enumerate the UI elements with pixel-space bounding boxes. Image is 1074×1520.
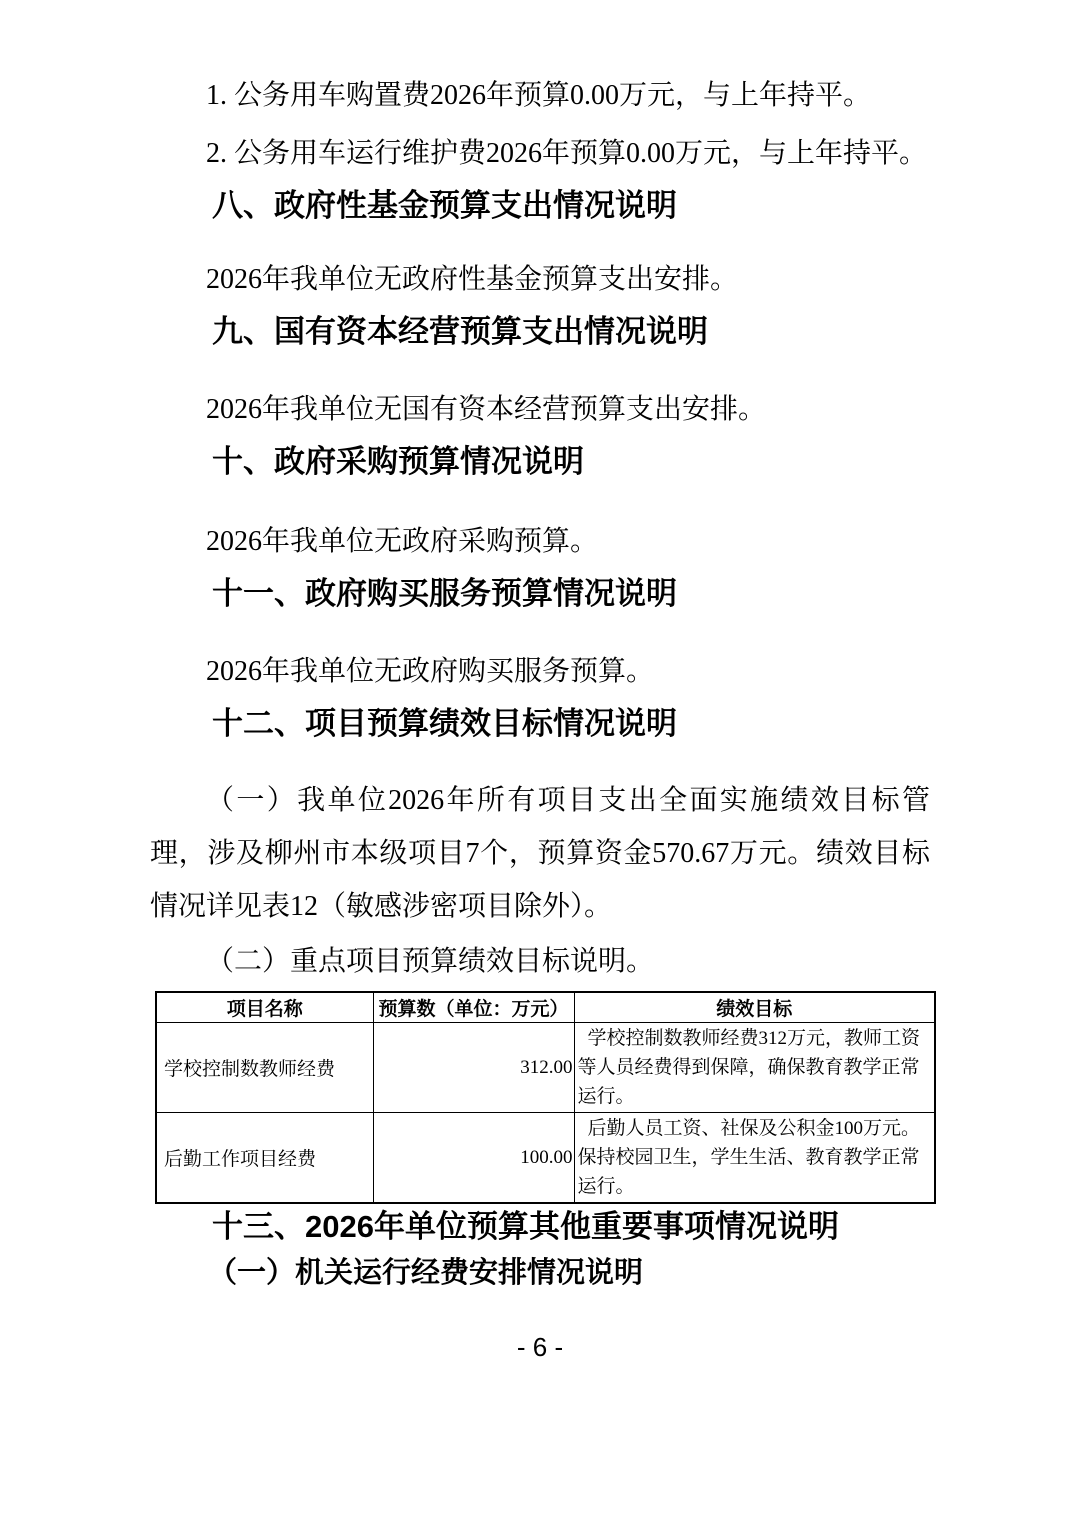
section-8-body: 2026年我单位无政府性基金预算支出安排。 xyxy=(150,251,930,309)
performance-target-cell: 学校控制数教师经费312万元，教师工资等人员经费得到保障，确保教育教学正常运行。 xyxy=(574,1023,935,1113)
performance-target-cell: 后勤人员工资、社保及公积金100万元。保持校园卫生，学生生活、教育教学正常运行。 xyxy=(574,1113,935,1204)
vehicle-maintenance-paragraph: 2. 公务用车运行维护费2026年预算0.00万元，与上年持平。 xyxy=(150,125,930,183)
performance-target-table: 项目名称 预算数（单位：万元） 绩效目标 学校控制数教师经费 312.00 学校… xyxy=(155,991,936,1204)
section-13-subheading-1: （一）机关运行经费安排情况说明 xyxy=(150,1250,930,1296)
budget-amount-cell: 312.00 xyxy=(373,1023,574,1113)
project-name-cell: 后勤工作项目经费 xyxy=(156,1113,373,1204)
section-10-body: 2026年我单位无政府采购预算。 xyxy=(150,513,930,571)
table-row: 后勤工作项目经费 100.00 后勤人员工资、社保及公积金100万元。保持校园卫… xyxy=(156,1113,935,1204)
column-header-performance-target: 绩效目标 xyxy=(574,992,935,1023)
section-heading-13: 十三、2026年单位预算其他重要事项情况说明 xyxy=(150,1204,930,1250)
page-number: - 6 - xyxy=(150,1332,930,1362)
column-header-budget-amount: 预算数（单位：万元） xyxy=(373,992,574,1023)
section-12-paragraph-2: （二）重点项目预算绩效目标说明。 xyxy=(150,933,930,991)
vehicle-purchase-paragraph: 1. 公务用车购置费2026年预算0.00万元，与上年持平。 xyxy=(150,67,930,125)
budget-amount-cell: 100.00 xyxy=(373,1113,574,1204)
section-12-paragraph-1: （一）我单位2026年所有项目支出全面实施绩效目标管理，涉及柳州市本级项目7个，… xyxy=(150,774,930,933)
section-heading-8: 八、政府性基金预算支出情况说明 xyxy=(150,183,930,229)
section-heading-10: 十、政府采购预算情况说明 xyxy=(150,439,930,485)
section-9-body: 2026年我单位无国有资本经营预算支出安排。 xyxy=(150,381,930,439)
table-row: 学校控制数教师经费 312.00 学校控制数教师经费312万元，教师工资等人员经… xyxy=(156,1023,935,1113)
project-name-cell: 学校控制数教师经费 xyxy=(156,1023,373,1113)
section-11-body: 2026年我单位无政府购买服务预算。 xyxy=(150,643,930,701)
column-header-project-name: 项目名称 xyxy=(156,992,373,1023)
document-page: 1. 公务用车购置费2026年预算0.00万元，与上年持平。 2. 公务用车运行… xyxy=(0,0,1074,1520)
document-content: 1. 公务用车购置费2026年预算0.00万元，与上年持平。 2. 公务用车运行… xyxy=(0,0,1074,1362)
table-header-row: 项目名称 预算数（单位：万元） 绩效目标 xyxy=(156,992,935,1023)
section-heading-12: 十二、项目预算绩效目标情况说明 xyxy=(150,701,930,747)
section-heading-11: 十一、政府购买服务预算情况说明 xyxy=(150,571,930,617)
section-heading-9: 九、国有资本经营预算支出情况说明 xyxy=(150,309,930,355)
